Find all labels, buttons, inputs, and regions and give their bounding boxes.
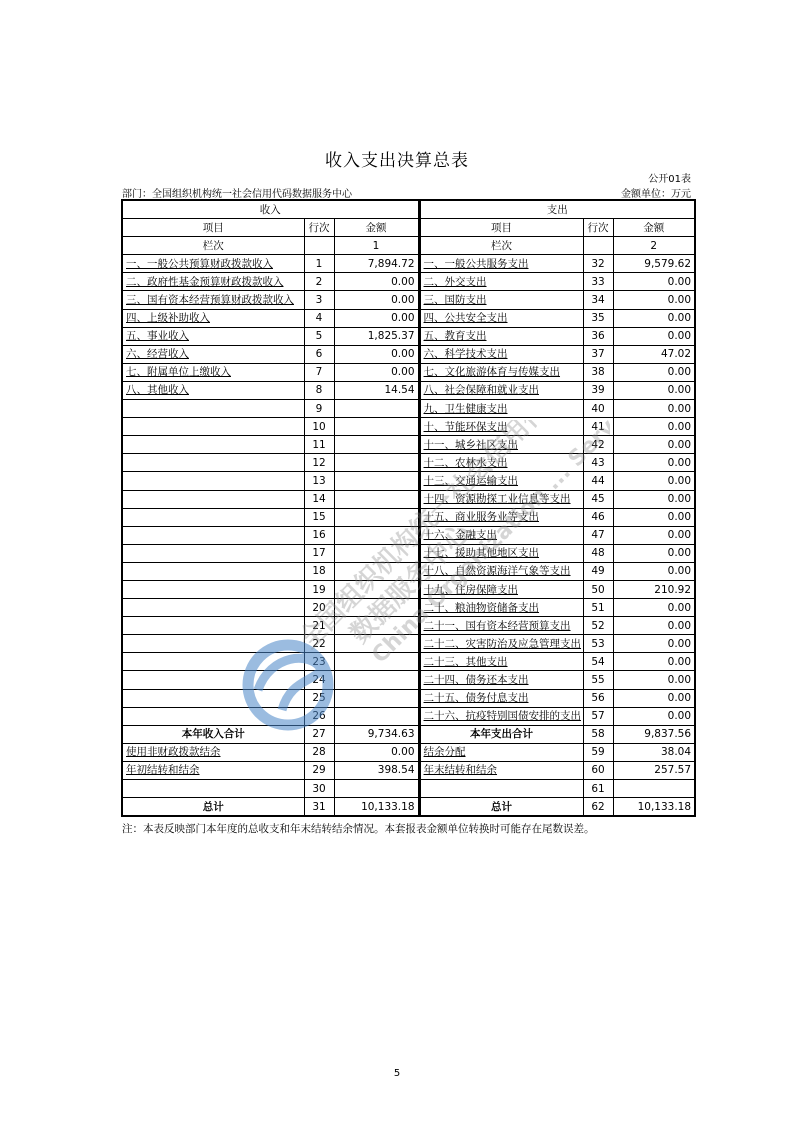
expense-item-cell: 十五、商业服务业等支出 bbox=[419, 508, 583, 526]
expense-item-cell: 二十五、债务付息支出 bbox=[419, 689, 583, 707]
income-row-number-cell: 18 bbox=[304, 562, 334, 580]
income-item-cell bbox=[122, 635, 304, 653]
expense-item-cell: 二十三、其他支出 bbox=[419, 653, 583, 671]
income-item-cell bbox=[122, 707, 304, 725]
income-item-cell: 三、国有资本经营预算财政拨款收入 bbox=[122, 291, 304, 309]
income-row-number-cell: 9 bbox=[304, 400, 334, 418]
table-row: 24二十四、债务还本支出550.00 bbox=[122, 671, 695, 689]
expense-item-cell: 三、国防支出 bbox=[419, 291, 583, 309]
table-row: 25二十五、债务付息支出560.00 bbox=[122, 689, 695, 707]
table-row: 六、经营收入60.00六、科学技术支出3747.02 bbox=[122, 345, 695, 363]
income-item-cell bbox=[122, 653, 304, 671]
income-item-cell bbox=[122, 400, 304, 418]
expense-item-cell: 十六、金融支出 bbox=[419, 526, 583, 544]
income-item-cell bbox=[122, 508, 304, 526]
expense-item-cell: 十八、自然资源海洋气象等支出 bbox=[419, 562, 583, 580]
income-item-cell bbox=[122, 526, 304, 544]
income-item-cell: 一、一般公共预算财政拨款收入 bbox=[122, 255, 304, 273]
expense-row-number-cell: 55 bbox=[583, 671, 613, 689]
income-amount-cell: 9,734.63 bbox=[334, 725, 419, 743]
income-row-number-cell: 19 bbox=[304, 580, 334, 598]
expense-item-cell bbox=[419, 780, 583, 798]
page-number: 5 bbox=[0, 1068, 794, 1079]
expense-amount-cell: 9,579.62 bbox=[613, 255, 695, 273]
expense-amount-cell: 47.02 bbox=[613, 345, 695, 363]
expense-amount-cell: 0.00 bbox=[613, 436, 695, 454]
income-row-number-cell: 29 bbox=[304, 761, 334, 779]
expense-row-number-cell: 39 bbox=[583, 381, 613, 399]
expense-amount-cell: 0.00 bbox=[613, 381, 695, 399]
expense-item-cell: 结余分配 bbox=[419, 743, 583, 761]
expense-item-cell: 二十一、国有资本经营预算支出 bbox=[419, 617, 583, 635]
table-row: 17十七、援助其他地区支出480.00 bbox=[122, 544, 695, 562]
expense-amount-cell: 0.00 bbox=[613, 544, 695, 562]
income-amount-cell bbox=[334, 490, 419, 508]
expense-row-number-cell: 35 bbox=[583, 309, 613, 327]
income-item-cell: 本年收入合计 bbox=[122, 725, 304, 743]
income-index-value: 1 bbox=[334, 237, 419, 255]
income-amount-cell bbox=[334, 454, 419, 472]
expense-item-cell: 二、外交支出 bbox=[419, 273, 583, 291]
income-item-cell: 五、事业收入 bbox=[122, 327, 304, 345]
income-item-cell bbox=[122, 562, 304, 580]
expense-item-cell: 二十、粮油物资储备支出 bbox=[419, 599, 583, 617]
income-row-number-cell: 21 bbox=[304, 617, 334, 635]
expense-amount-cell: 0.00 bbox=[613, 617, 695, 635]
column-header-row: 项目 行次 金额 项目 行次 金额 bbox=[122, 219, 695, 237]
expense-item-cell: 一、一般公共服务支出 bbox=[419, 255, 583, 273]
table-row: 21二十一、国有资本经营预算支出520.00 bbox=[122, 617, 695, 635]
expense-row-number-cell: 46 bbox=[583, 508, 613, 526]
table-row: 3061 bbox=[122, 780, 695, 798]
income-amount-cell: 0.00 bbox=[334, 363, 419, 381]
income-amount-cell bbox=[334, 635, 419, 653]
expense-amount-cell: 0.00 bbox=[613, 291, 695, 309]
expense-amount-cell: 0.00 bbox=[613, 653, 695, 671]
income-index-blank bbox=[304, 237, 334, 255]
expense-row-number-cell: 37 bbox=[583, 345, 613, 363]
expense-item-cell: 十、节能环保支出 bbox=[419, 418, 583, 436]
expense-row-number-cell: 51 bbox=[583, 599, 613, 617]
expense-item-cell: 四、公共安全支出 bbox=[419, 309, 583, 327]
expense-row-number-cell: 44 bbox=[583, 472, 613, 490]
income-amount-cell bbox=[334, 400, 419, 418]
expense-row-number-cell: 36 bbox=[583, 327, 613, 345]
income-amount-cell bbox=[334, 526, 419, 544]
income-amount-cell: 0.00 bbox=[334, 309, 419, 327]
income-item-cell bbox=[122, 580, 304, 598]
table-row: 23二十三、其他支出540.00 bbox=[122, 653, 695, 671]
expense-amount-cell: 0.00 bbox=[613, 689, 695, 707]
income-row-number-cell: 27 bbox=[304, 725, 334, 743]
expense-row-number-cell: 48 bbox=[583, 544, 613, 562]
expense-item-header: 项目 bbox=[419, 219, 583, 237]
income-item-cell bbox=[122, 436, 304, 454]
income-amount-cell bbox=[334, 689, 419, 707]
income-item-cell bbox=[122, 671, 304, 689]
income-row-number-cell: 7 bbox=[304, 363, 334, 381]
expense-amount-cell: 0.00 bbox=[613, 273, 695, 291]
income-amount-cell bbox=[334, 418, 419, 436]
table-row: 八、其他收入814.54八、社会保障和就业支出390.00 bbox=[122, 381, 695, 399]
table-row: 一、一般公共预算财政拨款收入17,894.72一、一般公共服务支出329,579… bbox=[122, 255, 695, 273]
expense-index-label: 栏次 bbox=[419, 237, 583, 255]
income-row-number-cell: 26 bbox=[304, 707, 334, 725]
income-row-number-cell: 24 bbox=[304, 671, 334, 689]
income-item-cell bbox=[122, 689, 304, 707]
expense-row-number-cell: 61 bbox=[583, 780, 613, 798]
expense-row-number-cell: 60 bbox=[583, 761, 613, 779]
expense-row-number-cell: 49 bbox=[583, 562, 613, 580]
expense-row-number-cell: 32 bbox=[583, 255, 613, 273]
income-item-cell: 二、政府性基金预算财政拨款收入 bbox=[122, 273, 304, 291]
table-row: 10十、节能环保支出410.00 bbox=[122, 418, 695, 436]
expense-row-number-cell: 50 bbox=[583, 580, 613, 598]
income-amount-cell bbox=[334, 671, 419, 689]
income-amount-cell: 0.00 bbox=[334, 273, 419, 291]
expense-amount-cell: 0.00 bbox=[613, 707, 695, 725]
expense-item-cell: 本年支出合计 bbox=[419, 725, 583, 743]
income-amount-cell bbox=[334, 508, 419, 526]
income-section-header: 收入 bbox=[122, 200, 419, 219]
expense-amount-cell: 0.00 bbox=[613, 400, 695, 418]
expense-item-cell: 八、社会保障和就业支出 bbox=[419, 381, 583, 399]
table-row: 使用非财政拨款结余280.00结余分配5938.04 bbox=[122, 743, 695, 761]
income-row-number-cell: 25 bbox=[304, 689, 334, 707]
expense-item-cell: 十二、农林水支出 bbox=[419, 454, 583, 472]
income-amount-cell: 10,133.18 bbox=[334, 798, 419, 817]
expense-row-number-cell: 62 bbox=[583, 798, 613, 817]
expense-amount-cell bbox=[613, 780, 695, 798]
expense-row-number-cell: 59 bbox=[583, 743, 613, 761]
column-index-row: 栏次 1 栏次 2 bbox=[122, 237, 695, 255]
income-amount-cell bbox=[334, 580, 419, 598]
income-item-cell bbox=[122, 490, 304, 508]
table-row: 9九、卫生健康支出400.00 bbox=[122, 400, 695, 418]
income-item-cell: 年初结转和结余 bbox=[122, 761, 304, 779]
table-row: 七、附属单位上缴收入70.00七、文化旅游体育与传媒支出380.00 bbox=[122, 363, 695, 381]
expense-section-header: 支出 bbox=[419, 200, 695, 219]
table-row: 20二十、粮油物资储备支出510.00 bbox=[122, 599, 695, 617]
income-row-number-cell: 5 bbox=[304, 327, 334, 345]
expense-item-cell: 十一、城乡社区支出 bbox=[419, 436, 583, 454]
income-amount-cell bbox=[334, 472, 419, 490]
expense-amount-cell: 0.00 bbox=[613, 454, 695, 472]
expense-row-number-cell: 42 bbox=[583, 436, 613, 454]
income-row-number-cell: 11 bbox=[304, 436, 334, 454]
expense-item-cell: 十九、住房保障支出 bbox=[419, 580, 583, 598]
table-row: 19十九、住房保障支出50210.92 bbox=[122, 580, 695, 598]
income-row-number-cell: 14 bbox=[304, 490, 334, 508]
expense-row-number-cell: 33 bbox=[583, 273, 613, 291]
expense-amount-cell: 0.00 bbox=[613, 472, 695, 490]
department-label: 部门：全国组织机构统一社会信用代码数据服务中心 bbox=[122, 185, 352, 200]
income-row-header: 行次 bbox=[304, 219, 334, 237]
expense-row-number-cell: 43 bbox=[583, 454, 613, 472]
expense-amount-cell: 0.00 bbox=[613, 671, 695, 689]
income-amount-cell bbox=[334, 599, 419, 617]
income-amount-cell bbox=[334, 707, 419, 725]
expense-row-number-cell: 56 bbox=[583, 689, 613, 707]
expense-index-blank bbox=[583, 237, 613, 255]
table-row: 三、国有资本经营预算财政拨款收入30.00三、国防支出340.00 bbox=[122, 291, 695, 309]
income-row-number-cell: 22 bbox=[304, 635, 334, 653]
expense-item-cell: 总计 bbox=[419, 798, 583, 817]
income-row-number-cell: 3 bbox=[304, 291, 334, 309]
expense-item-cell: 年末结转和结余 bbox=[419, 761, 583, 779]
expense-row-number-cell: 40 bbox=[583, 400, 613, 418]
income-item-cell: 七、附属单位上缴收入 bbox=[122, 363, 304, 381]
income-item-cell bbox=[122, 599, 304, 617]
income-row-number-cell: 10 bbox=[304, 418, 334, 436]
income-item-header: 项目 bbox=[122, 219, 304, 237]
expense-item-cell: 五、教育支出 bbox=[419, 327, 583, 345]
income-row-number-cell: 30 bbox=[304, 780, 334, 798]
income-row-number-cell: 4 bbox=[304, 309, 334, 327]
income-amount-header: 金额 bbox=[334, 219, 419, 237]
expense-amount-cell: 0.00 bbox=[613, 363, 695, 381]
expense-item-cell: 二十二、灾害防治及应急管理支出 bbox=[419, 635, 583, 653]
income-amount-cell: 1,825.37 bbox=[334, 327, 419, 345]
income-item-cell: 六、经营收入 bbox=[122, 345, 304, 363]
table-row: 16十六、金融支出470.00 bbox=[122, 526, 695, 544]
expense-row-number-cell: 53 bbox=[583, 635, 613, 653]
expense-row-header: 行次 bbox=[583, 219, 613, 237]
table-row: 13十三、交通运输支出440.00 bbox=[122, 472, 695, 490]
income-row-number-cell: 20 bbox=[304, 599, 334, 617]
table-row: 15十五、商业服务业等支出460.00 bbox=[122, 508, 695, 526]
table-row: 18十八、自然资源海洋气象等支出490.00 bbox=[122, 562, 695, 580]
income-row-number-cell: 6 bbox=[304, 345, 334, 363]
expense-row-number-cell: 34 bbox=[583, 291, 613, 309]
income-row-number-cell: 31 bbox=[304, 798, 334, 817]
expense-item-cell: 二十六、抗疫特别国债安排的支出 bbox=[419, 707, 583, 725]
subtotal-row: 本年收入合计279,734.63本年支出合计589,837.56 bbox=[122, 725, 695, 743]
income-amount-cell bbox=[334, 780, 419, 798]
income-item-cell bbox=[122, 544, 304, 562]
expense-amount-cell: 0.00 bbox=[613, 418, 695, 436]
expense-item-cell: 十三、交通运输支出 bbox=[419, 472, 583, 490]
expense-amount-cell: 257.57 bbox=[613, 761, 695, 779]
income-index-label: 栏次 bbox=[122, 237, 304, 255]
income-item-cell bbox=[122, 780, 304, 798]
income-item-cell bbox=[122, 454, 304, 472]
total-row: 总计3110,133.18总计6210,133.18 bbox=[122, 798, 695, 817]
expense-amount-cell: 0.00 bbox=[613, 526, 695, 544]
income-item-cell bbox=[122, 418, 304, 436]
expense-amount-header: 金额 bbox=[613, 219, 695, 237]
expense-row-number-cell: 52 bbox=[583, 617, 613, 635]
income-amount-cell: 398.54 bbox=[334, 761, 419, 779]
income-item-cell: 总计 bbox=[122, 798, 304, 817]
expense-row-number-cell: 58 bbox=[583, 725, 613, 743]
expense-amount-cell: 10,133.18 bbox=[613, 798, 695, 817]
expense-item-cell: 二十四、债务还本支出 bbox=[419, 671, 583, 689]
income-row-number-cell: 15 bbox=[304, 508, 334, 526]
expense-amount-cell: 9,837.56 bbox=[613, 725, 695, 743]
expense-amount-cell: 0.00 bbox=[613, 635, 695, 653]
income-item-cell: 使用非财政拨款结余 bbox=[122, 743, 304, 761]
expense-row-number-cell: 57 bbox=[583, 707, 613, 725]
income-row-number-cell: 16 bbox=[304, 526, 334, 544]
footnote: 注：本表反映部门本年度的总收支和年末结转结余情况。本套报表金额单位转换时可能存在… bbox=[122, 821, 595, 836]
page-title: 收入支出决算总表 bbox=[0, 146, 794, 171]
expense-row-number-cell: 54 bbox=[583, 653, 613, 671]
income-row-number-cell: 2 bbox=[304, 273, 334, 291]
income-row-number-cell: 17 bbox=[304, 544, 334, 562]
section-header-row: 收入 支出 bbox=[122, 200, 695, 219]
income-amount-cell bbox=[334, 544, 419, 562]
table-row: 26二十六、抗疫特别国债安排的支出570.00 bbox=[122, 707, 695, 725]
form-code: 公开01表 bbox=[648, 170, 691, 185]
income-amount-cell: 0.00 bbox=[334, 743, 419, 761]
income-row-number-cell: 23 bbox=[304, 653, 334, 671]
income-amount-cell bbox=[334, 436, 419, 454]
income-amount-cell bbox=[334, 562, 419, 580]
income-row-number-cell: 1 bbox=[304, 255, 334, 273]
income-amount-cell bbox=[334, 617, 419, 635]
table-row: 四、上级补助收入40.00四、公共安全支出350.00 bbox=[122, 309, 695, 327]
income-amount-cell: 0.00 bbox=[334, 291, 419, 309]
table-row: 11十一、城乡社区支出420.00 bbox=[122, 436, 695, 454]
expense-item-cell: 六、科学技术支出 bbox=[419, 345, 583, 363]
income-item-cell: 八、其他收入 bbox=[122, 381, 304, 399]
expense-item-cell: 十七、援助其他地区支出 bbox=[419, 544, 583, 562]
income-amount-cell: 14.54 bbox=[334, 381, 419, 399]
income-amount-cell: 0.00 bbox=[334, 345, 419, 363]
income-expense-table: 收入 支出 项目 行次 金额 项目 行次 金额 栏次 1 栏次 2 一、一般公共… bbox=[121, 199, 696, 817]
income-item-cell bbox=[122, 472, 304, 490]
expense-row-number-cell: 41 bbox=[583, 418, 613, 436]
income-row-number-cell: 12 bbox=[304, 454, 334, 472]
expense-amount-cell: 0.00 bbox=[613, 490, 695, 508]
expense-item-cell: 七、文化旅游体育与传媒支出 bbox=[419, 363, 583, 381]
income-item-cell bbox=[122, 617, 304, 635]
expense-row-number-cell: 47 bbox=[583, 526, 613, 544]
expense-amount-cell: 0.00 bbox=[613, 599, 695, 617]
expense-amount-cell: 0.00 bbox=[613, 508, 695, 526]
expense-index-value: 2 bbox=[613, 237, 695, 255]
expense-amount-cell: 0.00 bbox=[613, 309, 695, 327]
income-amount-cell bbox=[334, 653, 419, 671]
unit-label: 金额单位：万元 bbox=[621, 185, 691, 200]
expense-row-number-cell: 45 bbox=[583, 490, 613, 508]
expense-amount-cell: 38.04 bbox=[613, 743, 695, 761]
income-item-cell: 四、上级补助收入 bbox=[122, 309, 304, 327]
table-row: 14十四、资源勘探工业信息等支出450.00 bbox=[122, 490, 695, 508]
table-row: 12十二、农林水支出430.00 bbox=[122, 454, 695, 472]
expense-amount-cell: 210.92 bbox=[613, 580, 695, 598]
table-row: 年初结转和结余29398.54年末结转和结余60257.57 bbox=[122, 761, 695, 779]
table-row: 22二十二、灾害防治及应急管理支出530.00 bbox=[122, 635, 695, 653]
expense-row-number-cell: 38 bbox=[583, 363, 613, 381]
table-row: 二、政府性基金预算财政拨款收入20.00二、外交支出330.00 bbox=[122, 273, 695, 291]
income-row-number-cell: 8 bbox=[304, 381, 334, 399]
income-row-number-cell: 28 bbox=[304, 743, 334, 761]
expense-item-cell: 十四、资源勘探工业信息等支出 bbox=[419, 490, 583, 508]
expense-amount-cell: 0.00 bbox=[613, 562, 695, 580]
table-row: 五、事业收入51,825.37五、教育支出360.00 bbox=[122, 327, 695, 345]
expense-item-cell: 九、卫生健康支出 bbox=[419, 400, 583, 418]
income-row-number-cell: 13 bbox=[304, 472, 334, 490]
expense-amount-cell: 0.00 bbox=[613, 327, 695, 345]
income-amount-cell: 7,894.72 bbox=[334, 255, 419, 273]
